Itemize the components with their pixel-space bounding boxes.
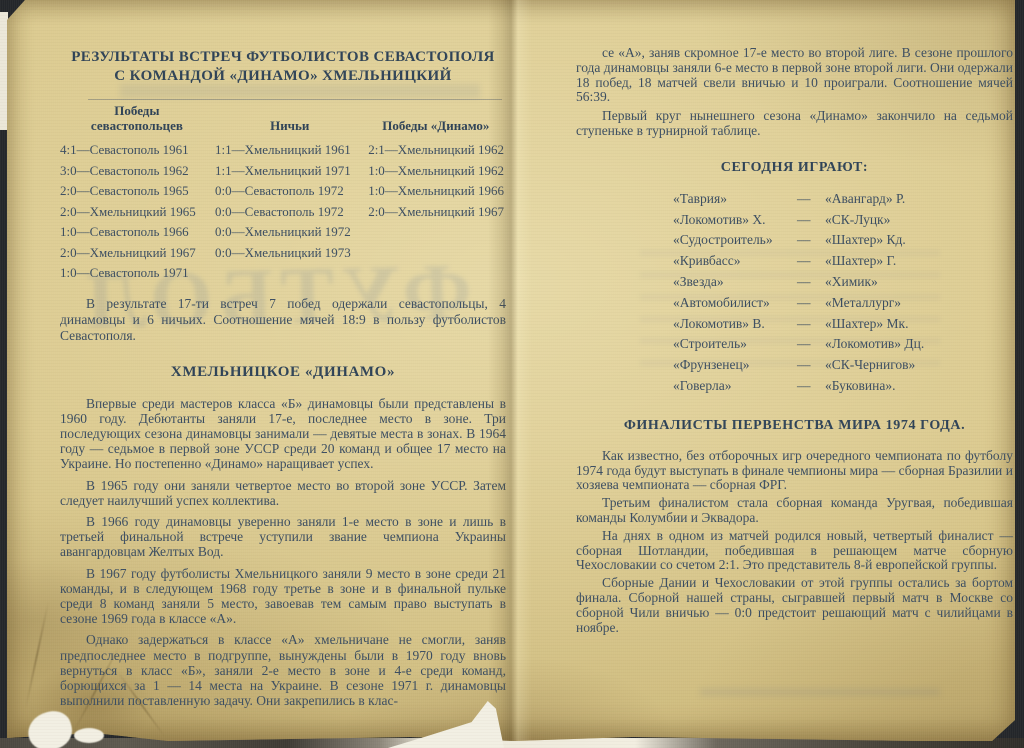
right-page: се «А», заняв скромное 17-е место во вто… <box>576 46 1013 638</box>
home-team: «Фрунзенец» <box>673 355 797 376</box>
results-summary-paragraph: В результате 17-ти встреч 7 побед одержа… <box>60 296 506 344</box>
result-entry: 2:0—Хмельницкий 1967 <box>368 202 506 223</box>
away-team: «Шахтер» Г. <box>825 251 1013 272</box>
fixture-dash: — <box>797 272 825 293</box>
history-paragraph: В 1967 году футболисты Хмельницкого заня… <box>60 566 506 627</box>
result-entry: 1:0—Хмельницкий 1966 <box>368 181 506 202</box>
away-team: «Шахтер» Кд. <box>825 230 1013 251</box>
finalists-paragraph: На днях в одном из матчей родился новый,… <box>576 529 1013 573</box>
result-entry: 2:0—Хмельницкий 1967 <box>60 243 215 264</box>
results-column-draws: 1:1—Хмельницкий 19611:1—Хмельницкий 1971… <box>215 140 368 284</box>
home-team: «Звезда» <box>673 272 797 293</box>
result-entry: 1:0—Хмельницкий 1962 <box>368 161 506 182</box>
history-paragraph: Впервые среди мастеров класса «Б» динамо… <box>60 396 506 472</box>
result-entry: 1:1—Хмельницкий 1971 <box>215 161 368 182</box>
home-team: «Говерла» <box>673 376 797 397</box>
result-entry: 0:0—Хмельницкий 1973 <box>215 243 368 264</box>
torn-edge-left-small <box>74 728 104 743</box>
history-paragraph: В 1965 году они заняли четвертое место в… <box>60 478 506 508</box>
home-team: «Автомобилист» <box>673 293 797 314</box>
fixture-row: «Звезда» — «Химик» <box>673 272 1013 293</box>
first-round-paragraph: Первый круг нынешнего сезона «Динамо» за… <box>576 109 1013 139</box>
fixture-row: «Локомотив» В. — «Шахтер» Мк. <box>673 314 1013 335</box>
finalists-paragraph: Сборные Дании и Чехословакии от этой гру… <box>576 576 1013 635</box>
away-team: «Буковина». <box>825 376 1013 397</box>
home-team: «Таврия» <box>673 189 797 210</box>
home-team: «Локомотив» В. <box>673 314 797 335</box>
column-header-sevastopol-wins: Победы севастопольцев <box>60 103 214 133</box>
results-title-line2: С КОМАНДОЙ «ДИНАМО» ХМЕЛЬНИЦКИЙ <box>60 67 506 86</box>
away-team: «СК-Луцк» <box>825 210 1013 231</box>
away-team: «СК-Чернигов» <box>825 355 1013 376</box>
history-paragraph: Однако задержаться в классе «А» хмельнич… <box>60 632 506 708</box>
fixture-dash: — <box>797 293 825 314</box>
continuation-paragraph: се «А», заняв скромное 17-е место во вто… <box>576 46 1013 105</box>
fixture-dash: — <box>797 355 825 376</box>
result-entry: 1:1—Хмельницкий 1961 <box>215 140 368 161</box>
result-entry: 0:0—Хмельницкий 1972 <box>215 222 368 243</box>
finalists-title: ФИНАЛИСТЫ ПЕРВЕНСТВА МИРА 1974 ГОДА. <box>576 418 1013 434</box>
table-top-rule <box>88 99 502 100</box>
finalists-text: Как известно, без отборочных игр очередн… <box>576 449 1013 636</box>
history-paragraph: В 1966 году динамовцы уверенно заняли 1-… <box>60 514 506 560</box>
today-playing-title: СЕГОДНЯ ИГРАЮТ: <box>576 160 1013 176</box>
fixtures-list: «Таврия» — «Авангард» Р. «Локомотив» Х. … <box>673 189 1013 397</box>
fixture-row: «Судостроитель» — «Шахтер» Кд. <box>673 230 1013 251</box>
results-column-dynamo: 2:1—Хмельницкий 19621:0—Хмельницкий 1962… <box>368 140 506 284</box>
fixture-row: «Кривбасс» — «Шахтер» Г. <box>673 251 1013 272</box>
result-entry: 0:0—Севастополь 1972 <box>215 202 368 223</box>
away-team: «Шахтер» Мк. <box>825 314 1013 335</box>
scanned-programme-spread: ФУТБОЛ РЕЗУЛЬТАТЫ ВСТРЕЧ ФУТБОЛИСТОВ СЕВ… <box>0 0 1024 748</box>
left-page: РЕЗУЛЬТАТЫ ВСТРЕЧ ФУТБОЛИСТОВ СЕВАСТОПОЛ… <box>60 48 506 714</box>
result-entry: 1:0—Севастополь 1966 <box>60 222 215 243</box>
dynamo-section-title: ХМЕЛЬНИЦКОЕ «ДИНАМО» <box>60 364 506 381</box>
fixture-row: «Говерла» — «Буковина». <box>673 376 1013 397</box>
result-entry: 1:0—Севастополь 1971 <box>60 263 215 284</box>
fixture-row: «Локомотив» Х. — «СК-Луцк» <box>673 210 1013 231</box>
home-team: «Кривбасс» <box>673 251 797 272</box>
result-entry: 2:1—Хмельницкий 1962 <box>368 140 506 161</box>
scan-backing-left <box>0 12 8 130</box>
fixture-dash: — <box>797 334 825 355</box>
fixture-row: «Фрунзенец» — «СК-Чернигов» <box>673 355 1013 376</box>
result-entry: 2:0—Хмельницкий 1965 <box>60 202 215 223</box>
result-entry: 2:0—Севастополь 1965 <box>60 181 215 202</box>
home-team: «Строитель» <box>673 334 797 355</box>
column-header-dynamo-wins: Победы «Динамо» <box>366 118 506 133</box>
result-entry: 3:0—Севастополь 1962 <box>60 161 215 182</box>
fixture-row: «Строитель» — «Локомотив» Дц. <box>673 334 1013 355</box>
dynamo-history-text: Впервые среди мастеров класса «Б» динамо… <box>60 396 506 709</box>
results-table-header: Победы севастопольцев Ничьи Победы «Дина… <box>60 103 506 133</box>
fixture-row: «Таврия» — «Авангард» Р. <box>673 189 1013 210</box>
finalists-paragraph: Как известно, без отборочных игр очередн… <box>576 449 1013 493</box>
home-team: «Локомотив» Х. <box>673 210 797 231</box>
fixture-dash: — <box>797 376 825 397</box>
fixture-dash: — <box>797 230 825 251</box>
away-team: «Авангард» Р. <box>825 189 1013 210</box>
column-header-draws: Ничьи <box>214 118 366 133</box>
fixture-dash: — <box>797 314 825 335</box>
fixture-row: «Автомобилист» — «Металлург» <box>673 293 1013 314</box>
result-entry: 4:1—Севастополь 1961 <box>60 140 215 161</box>
fixture-dash: — <box>797 251 825 272</box>
away-team: «Локомотив» Дц. <box>825 334 1013 355</box>
result-entry: 0:0—Севастополь 1972 <box>215 181 368 202</box>
away-team: «Металлург» <box>825 293 1013 314</box>
results-table: 4:1—Севастополь 19613:0—Севастополь 1962… <box>60 140 506 284</box>
home-team: «Судостроитель» <box>673 230 797 251</box>
fixture-dash: — <box>797 189 825 210</box>
finalists-paragraph: Третьим финалистом стала сборная команда… <box>576 496 1013 526</box>
away-team: «Химик» <box>825 272 1013 293</box>
fixture-dash: — <box>797 210 825 231</box>
results-title-line1: РЕЗУЛЬТАТЫ ВСТРЕЧ ФУТБОЛИСТОВ СЕВАСТОПОЛ… <box>60 48 506 67</box>
results-column-sevastopol: 4:1—Севастополь 19613:0—Севастополь 1962… <box>60 140 215 284</box>
